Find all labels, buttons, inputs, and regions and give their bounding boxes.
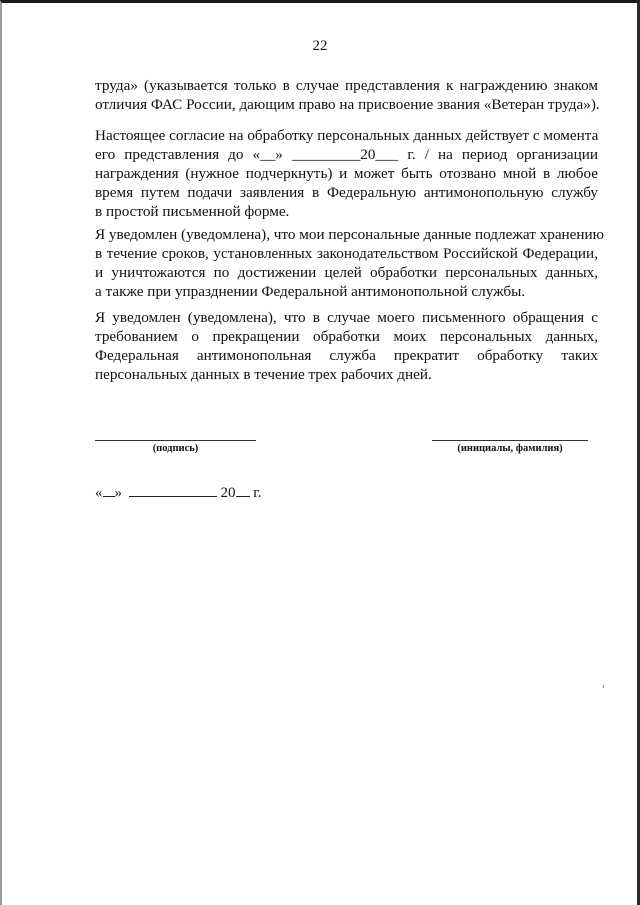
signature-line — [95, 440, 256, 441]
text-line: в течение сроков, установленных законода… — [95, 244, 598, 263]
text-line: Я уведомлен (уведомлена), что в случае м… — [95, 308, 598, 327]
year-blank[interactable] — [236, 483, 250, 497]
name-line — [432, 440, 588, 441]
text-line: а также при упразднении Федеральной анти… — [95, 282, 598, 301]
text-line: труда» (указывается только в случае пред… — [95, 76, 598, 95]
paragraph-processing-termination: Я уведомлен (уведомлена), что в случае м… — [95, 308, 598, 384]
date-close-quote: » — [115, 485, 123, 501]
text-line: Я уведомлен (уведомлена), что мои персон… — [95, 225, 598, 244]
signature-caption: (подпись) — [95, 443, 256, 455]
day-blank[interactable] — [103, 483, 115, 497]
paragraph-award-note: труда» (указывается только в случае пред… — [95, 76, 598, 114]
text-line: Федеральная антимонопольная служба прекр… — [95, 346, 598, 365]
month-blank[interactable] — [129, 483, 217, 497]
text-line: требованием о прекращении обработки моих… — [95, 327, 598, 346]
text-line: и уничтожаются по достижении целей обраб… — [95, 263, 598, 282]
text-line: персональных данных в течение трех рабоч… — [95, 365, 598, 384]
scan-artifact — [603, 685, 604, 688]
text-line: в простой письменной форме. — [95, 202, 598, 221]
paragraph-consent-validity: Настоящее согласие на обработку персонал… — [95, 126, 598, 221]
text-line: отличия ФАС России, дающим право на прис… — [95, 95, 598, 114]
paragraph-data-storage: Я уведомлен (уведомлена), что мои персон… — [95, 225, 598, 301]
name-caption: (инициалы, фамилия) — [432, 443, 588, 455]
text-line: награждения (нужное подчеркнуть) и может… — [95, 164, 598, 183]
signature-field[interactable]: (подпись) — [95, 440, 256, 455]
date-open-quote: « — [95, 485, 103, 501]
page-number: 22 — [0, 38, 640, 55]
text-line-with-date-blank: его представления до «__» _________20___… — [95, 145, 598, 164]
text-line: время путем подачи заявления в Федеральн… — [95, 183, 598, 202]
date-field[interactable]: «» 20 г. — [95, 483, 261, 503]
year-suffix: г. — [253, 485, 261, 501]
year-prefix: 20 — [221, 485, 236, 501]
name-field[interactable]: (инициалы, фамилия) — [432, 440, 588, 455]
text-line: Настоящее согласие на обработку персонал… — [95, 126, 598, 145]
